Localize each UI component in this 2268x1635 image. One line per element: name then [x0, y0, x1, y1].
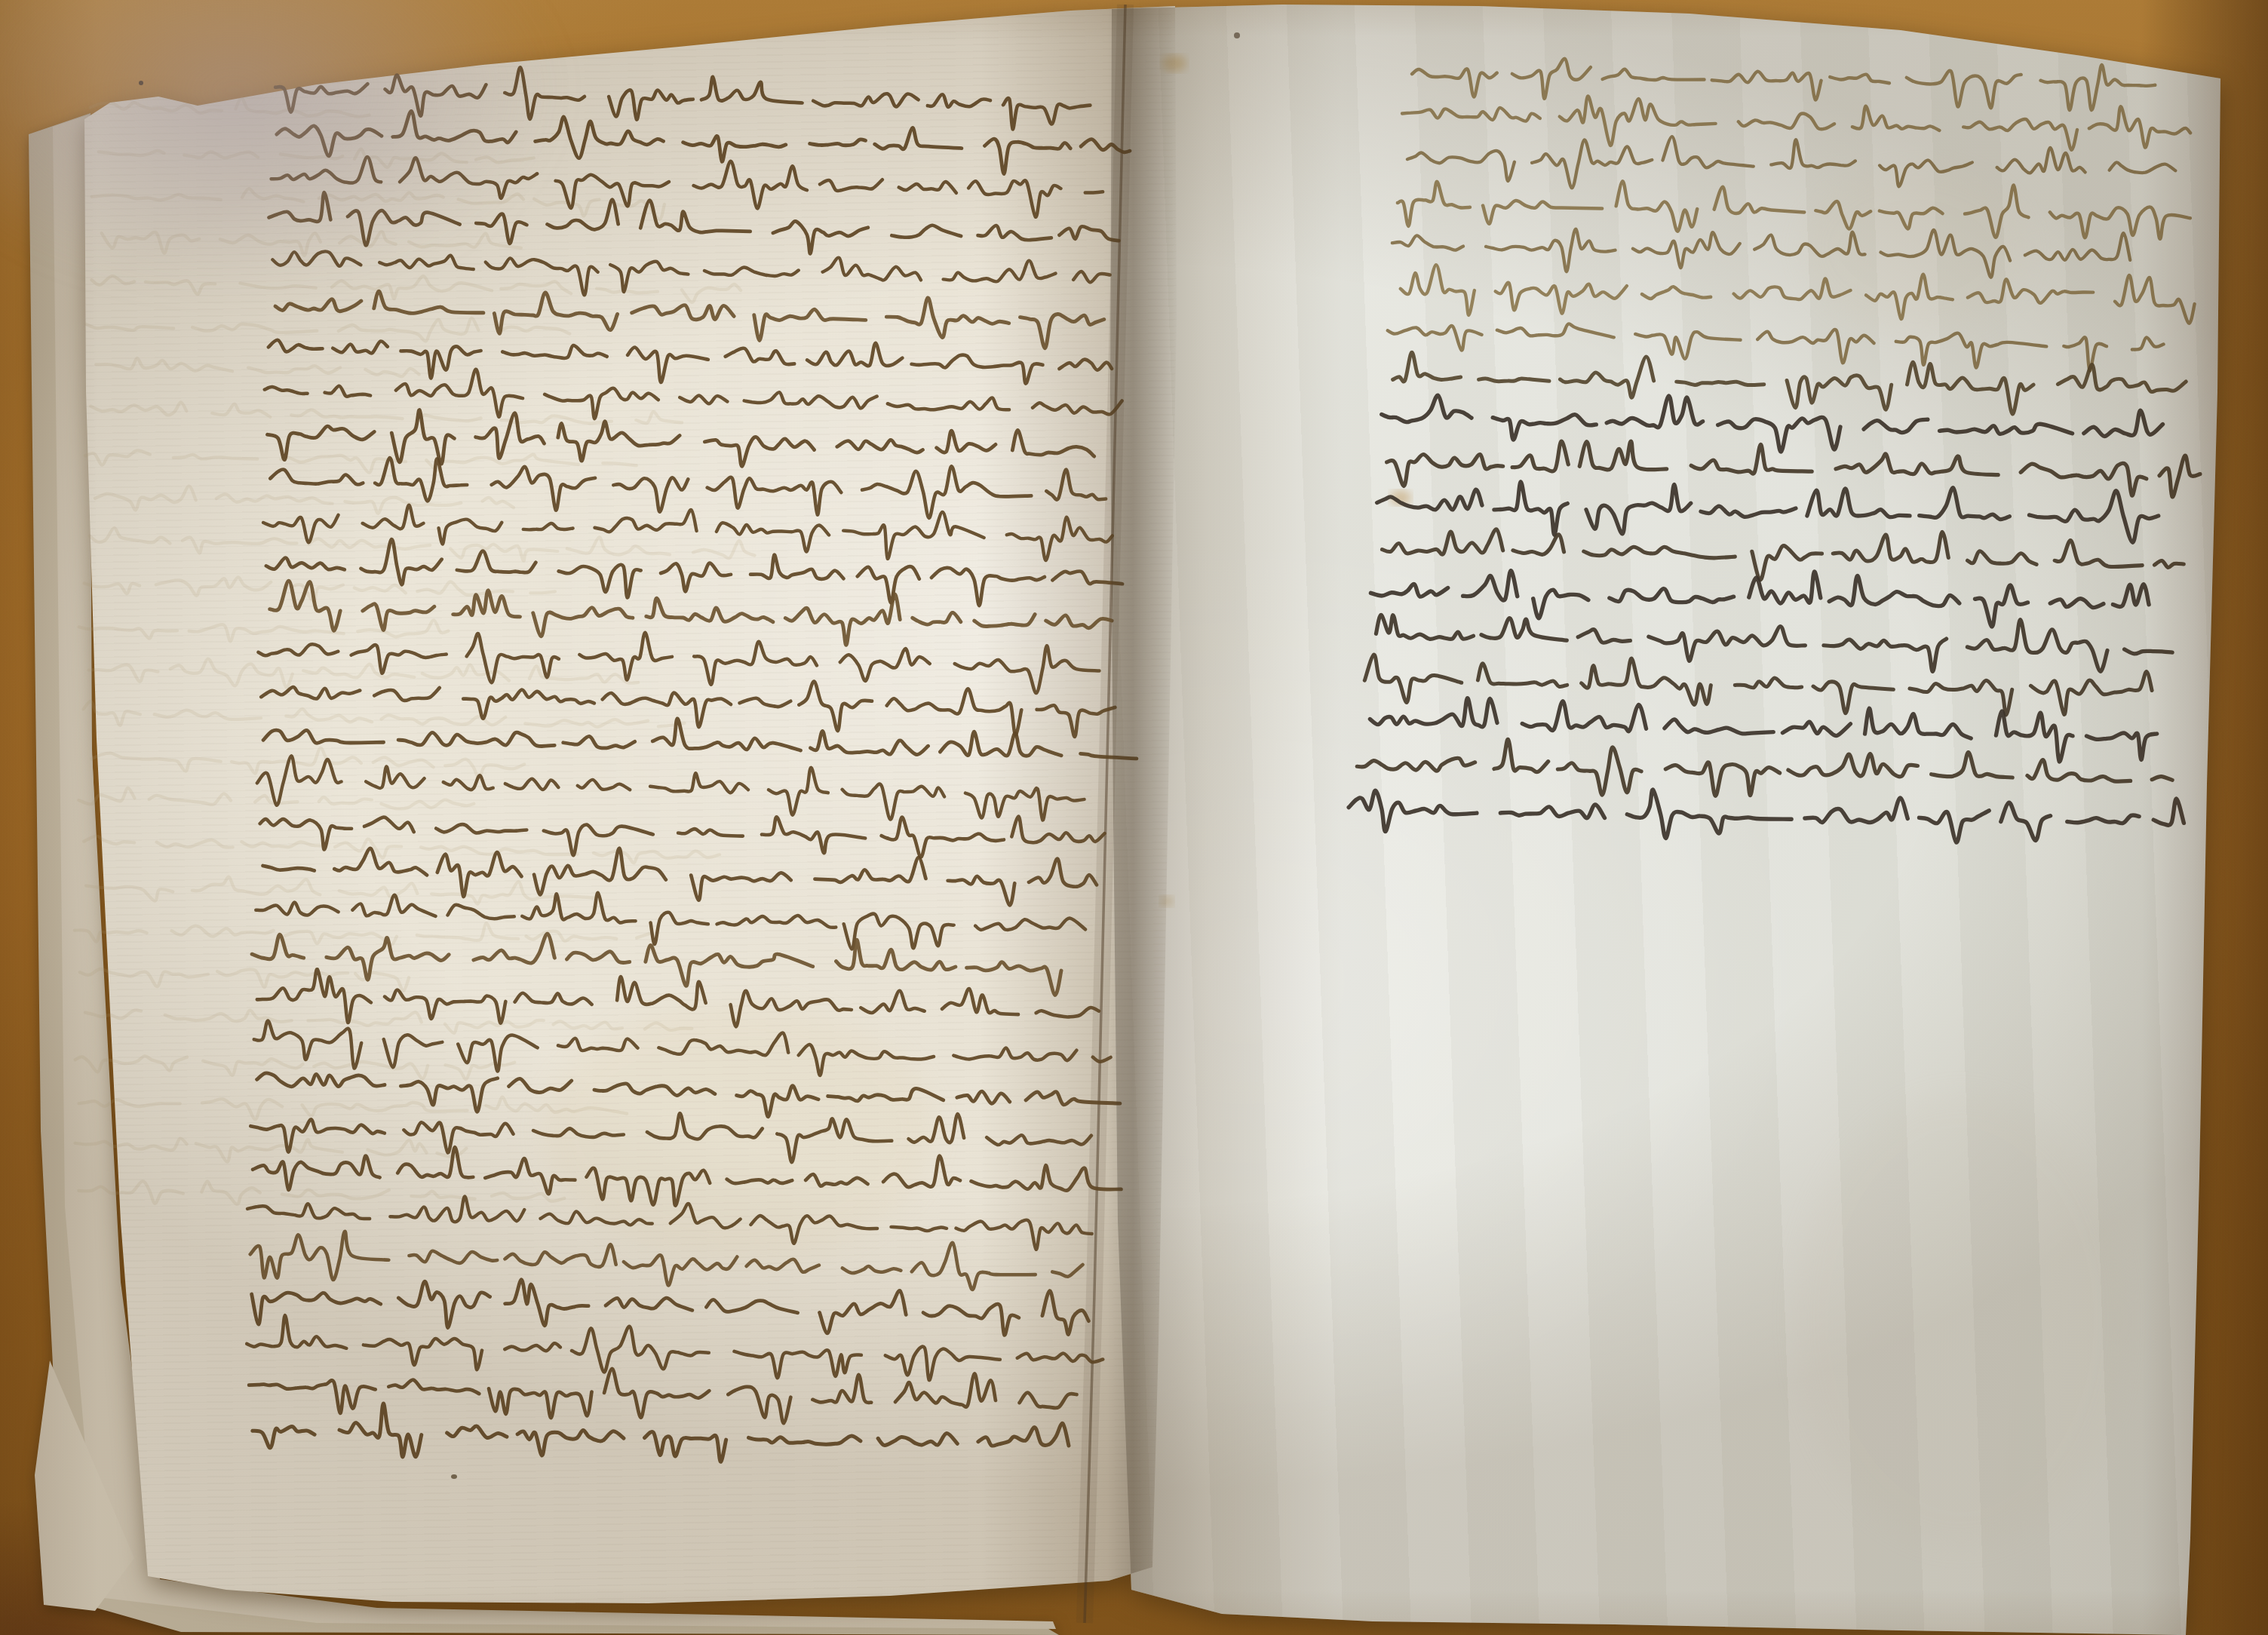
manuscript-photo: [0, 0, 2268, 1635]
open-pages: [0, 0, 2268, 1635]
